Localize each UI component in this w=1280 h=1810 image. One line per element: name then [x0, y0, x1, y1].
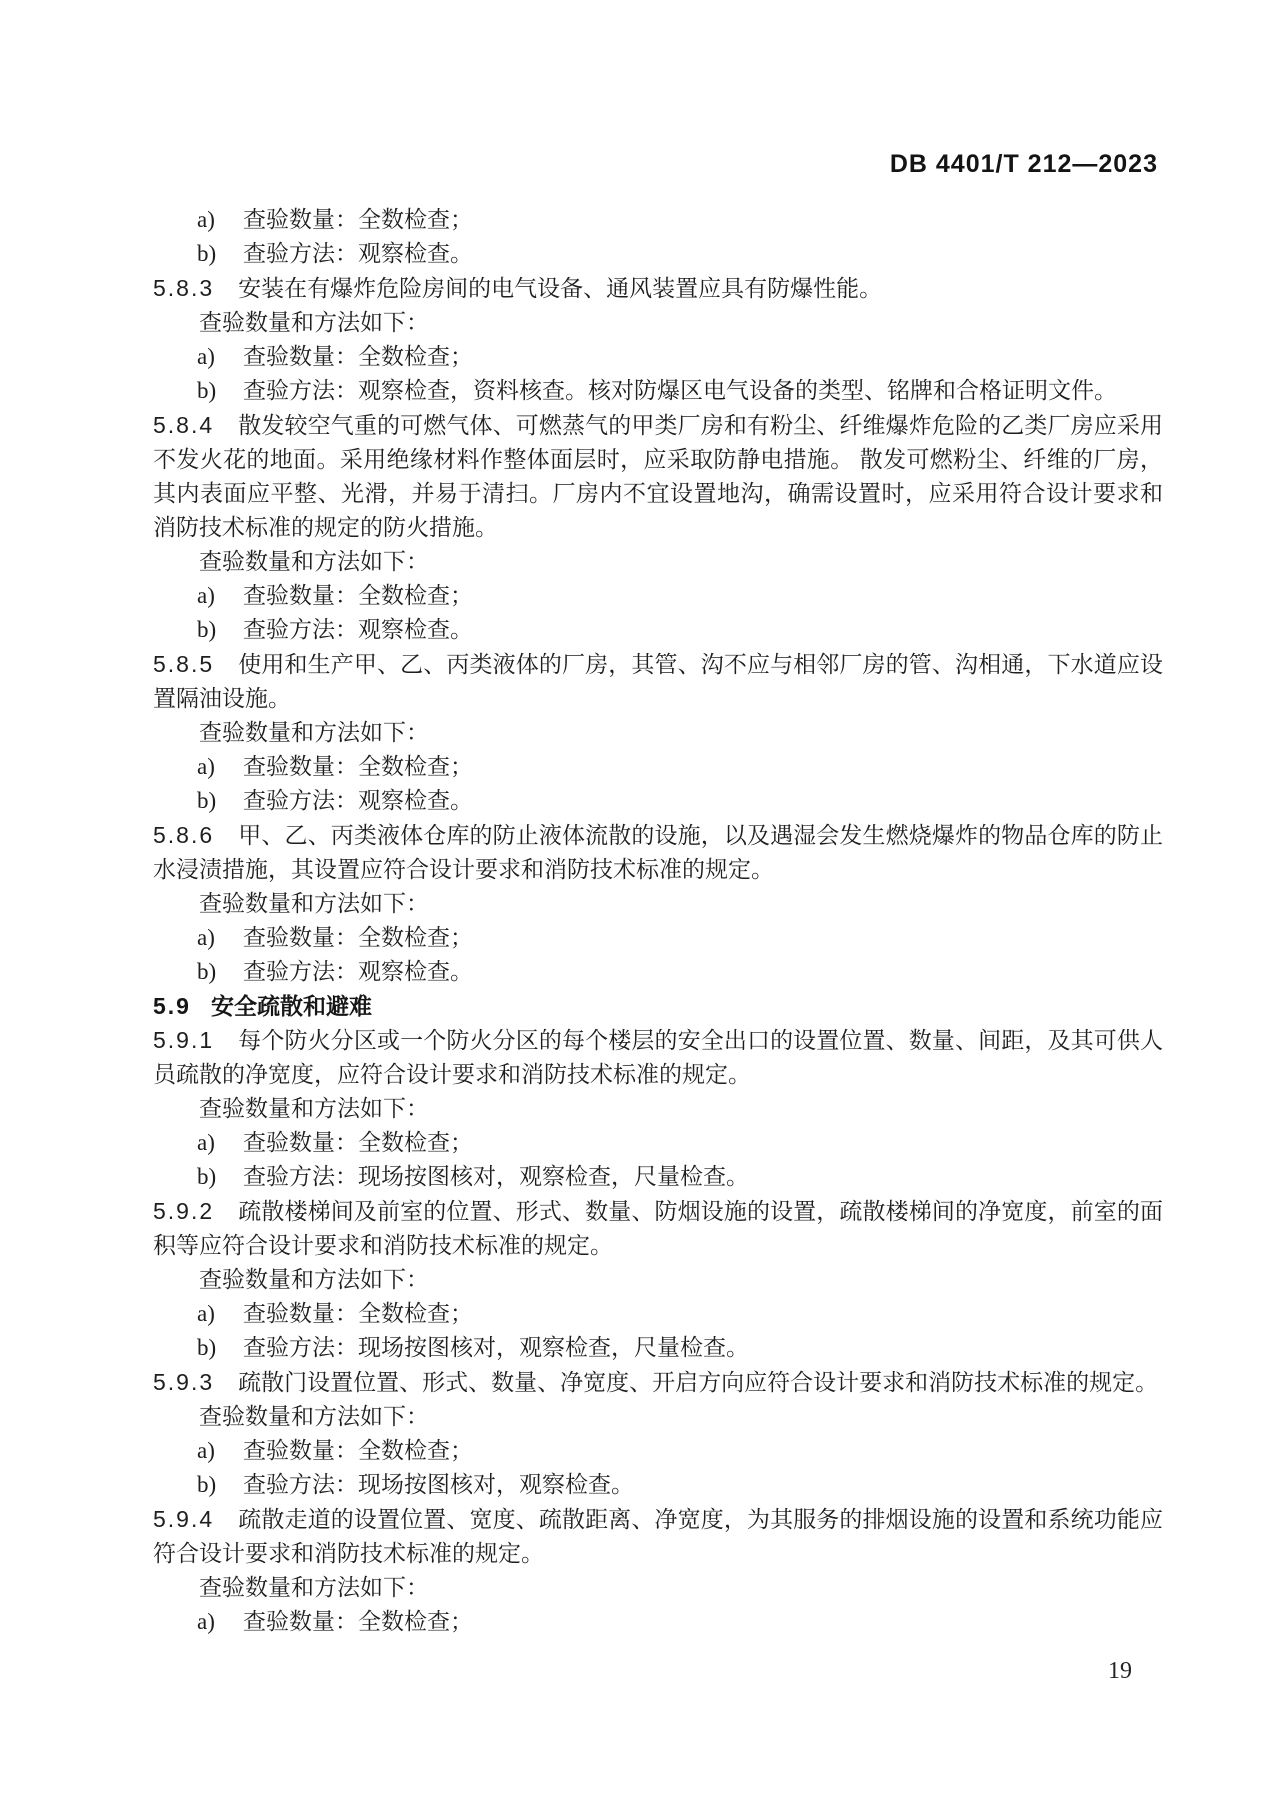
list-marker: a) — [197, 1297, 243, 1331]
list-marker: b) — [197, 955, 243, 989]
clause-paragraph: 5.9.3疏散门设置位置、形式、数量、净宽度、开启方向应符合设计要求和消防技术标… — [153, 1365, 1163, 1400]
text-run: 查验数量：全数检查； — [243, 583, 473, 608]
clause-paragraph: 5.8.5使用和生产甲、乙、丙类液体的厂房，其管、沟不应与相邻厂房的管、沟相通，… — [153, 647, 1163, 716]
list-item: b)查验方法：现场按图核对，观察检查。 — [153, 1468, 1163, 1502]
text-run: 查验方法：观察检查。 — [243, 959, 473, 984]
list-item: a)查验数量：全数检查； — [153, 1434, 1163, 1468]
list-item: a)查验数量：全数检查； — [153, 1126, 1163, 1160]
clause-paragraph: 5.9.4疏散走道的设置位置、宽度、疏散距离、净宽度，为其服务的排烟设施的设置和… — [153, 1502, 1163, 1571]
text-run: 查验数量和方法如下： — [199, 891, 429, 916]
text-run: 查验数量和方法如下： — [199, 720, 429, 745]
text-run: 查验数量：全数检查； — [243, 925, 473, 950]
text-run: 使用和生产甲、乙、丙类液体的厂房，其管、沟不应与相邻厂房的管、沟相通，下水道应设… — [153, 652, 1163, 711]
text-run: 查验数量：全数检查； — [243, 207, 473, 232]
list-marker: a) — [197, 1605, 243, 1639]
lead-line: 查验数量和方法如下： — [153, 306, 1163, 340]
text-run: 查验数量：全数检查； — [243, 1301, 473, 1326]
clause-paragraph: 5.8.6甲、乙、丙类液体仓库的防止液体流散的设施，以及遇湿会发生燃烧爆炸的物品… — [153, 818, 1163, 887]
lead-line: 查验数量和方法如下： — [153, 545, 1163, 579]
text-run: 查验数量和方法如下： — [199, 1267, 429, 1292]
text-run: 查验数量：全数检查； — [243, 1609, 473, 1634]
list-item: a)查验数量：全数检查； — [153, 340, 1163, 374]
text-run: 甲、乙、丙类液体仓库的防止液体流散的设施，以及遇湿会发生燃烧爆炸的物品仓库的防止… — [153, 823, 1163, 882]
clause-number: 5.8.6 — [153, 822, 214, 848]
text-run: 散发较空气重的可燃气体、可燃蒸气的甲类厂房和有粉尘、纤维爆炸危险的乙类厂房应采用… — [153, 413, 1163, 540]
text-run: 查验数量和方法如下： — [199, 310, 429, 335]
text-run: 查验方法：观察检查，资料核查。核对防爆区电气设备的类型、铭牌和合格证明文件。 — [243, 378, 1117, 403]
list-marker: a) — [197, 579, 243, 613]
text-run: 查验数量：全数检查； — [243, 344, 473, 369]
clause-number: 5.8.4 — [153, 412, 214, 438]
clause-paragraph: 5.8.3安装在有爆炸危险房间的电气设备、通风装置应具有防爆性能。 — [153, 271, 1163, 306]
text-run: 查验数量：全数检查； — [243, 754, 473, 779]
clause-number: 5.9.1 — [153, 1027, 214, 1053]
list-item: b)查验方法：观察检查。 — [153, 613, 1163, 647]
text-run: 每个防火分区或一个防火分区的每个楼层的安全出口的设置位置、数量、间距，及其可供人… — [153, 1028, 1163, 1087]
list-marker: b) — [197, 613, 243, 647]
text-run: 查验方法：观察检查。 — [243, 241, 473, 266]
lead-line: 查验数量和方法如下： — [153, 716, 1163, 750]
list-item: b)查验方法：现场按图核对，观察检查，尺量检查。 — [153, 1331, 1163, 1365]
text-run: 查验数量和方法如下： — [199, 549, 429, 574]
list-marker: b) — [197, 1331, 243, 1365]
text-run: 查验方法：观察检查。 — [243, 788, 473, 813]
text-run: 查验方法：现场按图核对，观察检查，尺量检查。 — [243, 1335, 749, 1360]
document-page: DB 4401/T 212—2023 a)查验数量：全数检查；b)查验方法：观察… — [0, 0, 1280, 1810]
list-marker: b) — [197, 1468, 243, 1502]
clause-paragraph: 5.9.1每个防火分区或一个防火分区的每个楼层的安全出口的设置位置、数量、间距，… — [153, 1023, 1163, 1092]
text-run: 查验数量和方法如下： — [199, 1575, 429, 1600]
list-item: a)查验数量：全数检查； — [153, 921, 1163, 955]
lead-line: 查验数量和方法如下： — [153, 887, 1163, 921]
text-run: 查验数量和方法如下： — [199, 1096, 429, 1121]
list-marker: b) — [197, 374, 243, 408]
text-run: 查验方法：现场按图核对，观察检查，尺量检查。 — [243, 1164, 749, 1189]
list-item: b)查验方法：观察检查。 — [153, 955, 1163, 989]
list-marker: a) — [197, 1434, 243, 1468]
list-marker: a) — [197, 340, 243, 374]
list-item: a)查验数量：全数检查； — [153, 750, 1163, 784]
clause-number: 5.9.4 — [153, 1506, 214, 1532]
lead-line: 查验数量和方法如下： — [153, 1263, 1163, 1297]
lead-line: 查验数量和方法如下： — [153, 1571, 1163, 1605]
text-run: 安全疏散和避难 — [211, 993, 372, 1019]
text-run: 查验数量：全数检查； — [243, 1438, 473, 1463]
list-item: b)查验方法：现场按图核对，观察检查，尺量检查。 — [153, 1160, 1163, 1194]
list-item: a)查验数量：全数检查； — [153, 1297, 1163, 1331]
text-run: 查验数量和方法如下： — [199, 1404, 429, 1429]
text-run: 疏散楼梯间及前室的位置、形式、数量、防烟设施的设置，疏散楼梯间的净宽度，前室的面… — [153, 1199, 1163, 1258]
lead-line: 查验数量和方法如下： — [153, 1400, 1163, 1434]
clause-number: 5.9.2 — [153, 1198, 214, 1224]
clause-paragraph: 5.8.4散发较空气重的可燃气体、可燃蒸气的甲类厂房和有粉尘、纤维爆炸危险的乙类… — [153, 408, 1163, 545]
document-body: a)查验数量：全数检查；b)查验方法：观察检查。5.8.3安装在有爆炸危险房间的… — [153, 203, 1163, 1639]
text-run: 疏散门设置位置、形式、数量、净宽度、开启方向应符合设计要求和消防技术标准的规定。 — [238, 1370, 1158, 1395]
clause-number: 5.8.5 — [153, 651, 214, 677]
list-item: b)查验方法：观察检查，资料核查。核对防爆区电气设备的类型、铭牌和合格证明文件。 — [153, 374, 1163, 408]
list-marker: a) — [197, 921, 243, 955]
text-run: 查验方法：观察检查。 — [243, 617, 473, 642]
list-marker: b) — [197, 1160, 243, 1194]
document-code: DB 4401/T 212—2023 — [890, 150, 1158, 179]
list-marker: a) — [197, 1126, 243, 1160]
text-run: 安装在有爆炸危险房间的电气设备、通风装置应具有防爆性能。 — [238, 276, 882, 301]
clause-number: 5.8.3 — [153, 275, 214, 301]
list-item: a)查验数量：全数检查； — [153, 203, 1163, 237]
list-marker: b) — [197, 237, 243, 271]
list-item: a)查验数量：全数检查； — [153, 579, 1163, 613]
clause-paragraph: 5.9.2疏散楼梯间及前室的位置、形式、数量、防烟设施的设置，疏散楼梯间的净宽度… — [153, 1194, 1163, 1263]
list-item: b)查验方法：观察检查。 — [153, 784, 1163, 818]
list-item: b)查验方法：观察检查。 — [153, 237, 1163, 271]
page-number: 19 — [1108, 1658, 1132, 1685]
text-run: 查验数量：全数检查； — [243, 1130, 473, 1155]
list-marker: b) — [197, 784, 243, 818]
text-run: 查验方法：现场按图核对，观察检查。 — [243, 1472, 634, 1497]
section-number: 5.9 — [153, 993, 191, 1019]
lead-line: 查验数量和方法如下： — [153, 1092, 1163, 1126]
clause-number: 5.9.3 — [153, 1369, 214, 1395]
section-heading: 5.9安全疏散和避难 — [153, 989, 1163, 1023]
list-marker: a) — [197, 750, 243, 784]
text-run: 疏散走道的设置位置、宽度、疏散距离、净宽度，为其服务的排烟设施的设置和系统功能应… — [153, 1507, 1163, 1566]
list-item: a)查验数量：全数检查； — [153, 1605, 1163, 1639]
list-marker: a) — [197, 203, 243, 237]
